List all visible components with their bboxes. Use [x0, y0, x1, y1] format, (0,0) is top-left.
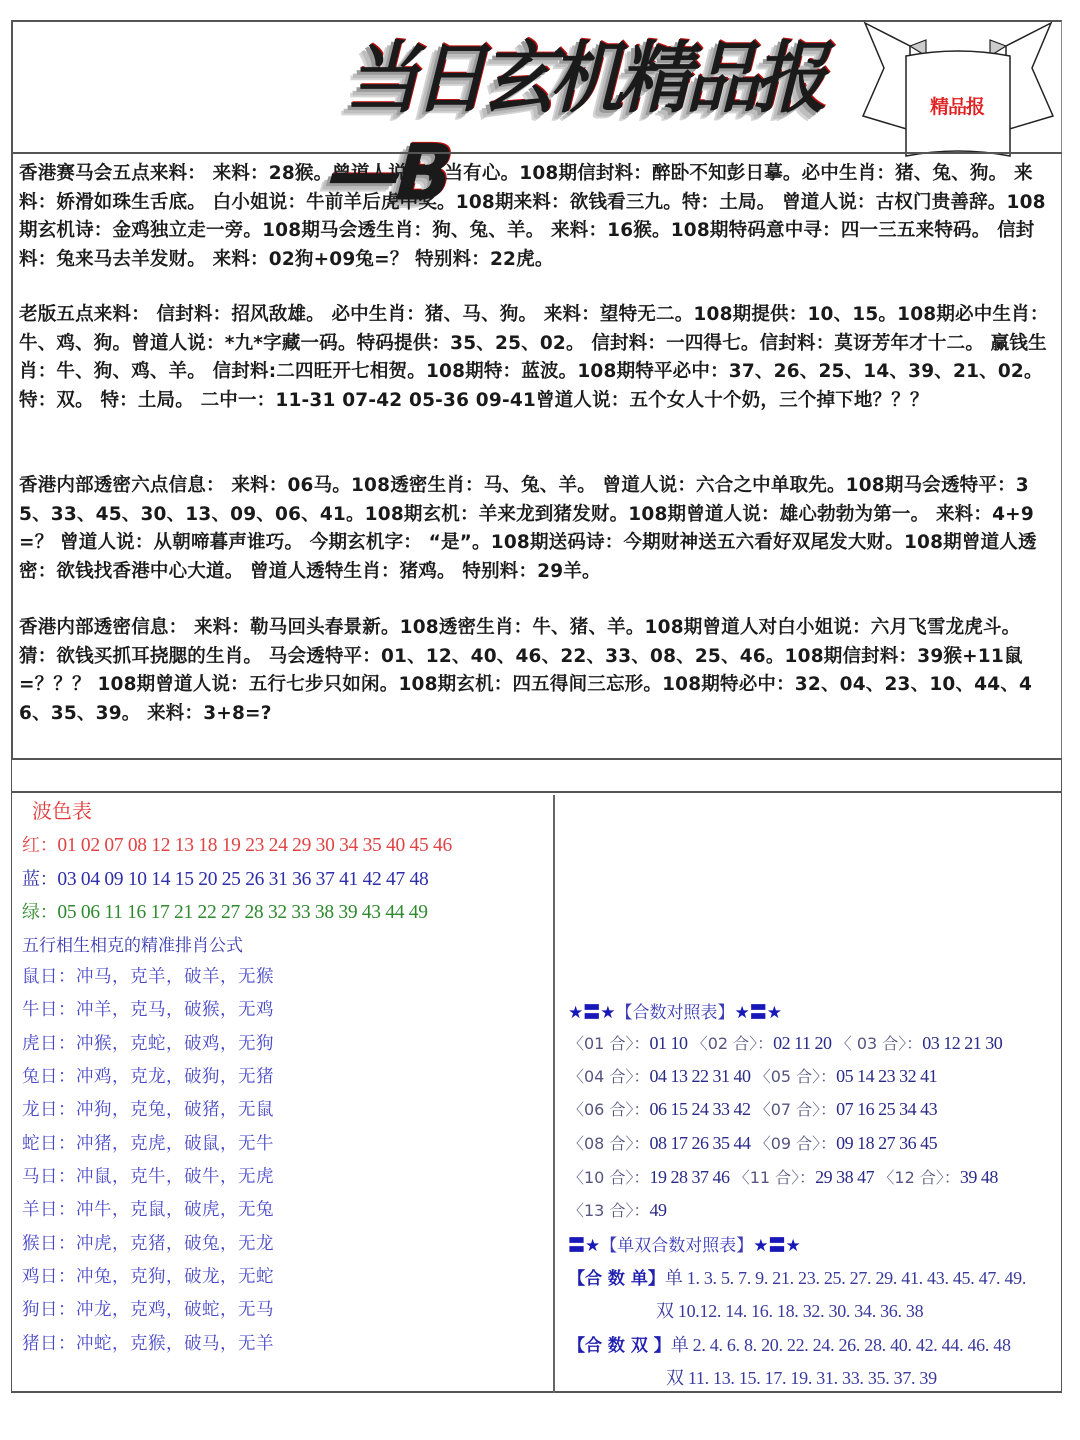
wave-numbers-red: 01 02 07 08 12 13 18 19 23 24 29 30 34 3… [57, 835, 452, 856]
he-shuang-row: 【合 数 双 】单 2. 4. 6. 8. 20. 22. 24. 26. 28… [568, 1331, 1011, 1357]
wuxing-title: 五行相生相克的精准排肖公式 [22, 931, 243, 956]
content-section: 香港赛马会五点来料： 来料：28猴。曾道人说：自当有心。108期信封料：醉卧不知… [11, 154, 1062, 758]
star-icon: ★〓★ [753, 1236, 800, 1256]
wuxing-row: 马日：冲鼠，克牛，破牛，无虎 [22, 1163, 274, 1188]
column-divider [553, 795, 555, 1393]
he-tag: 〈05 合〉： [755, 1067, 836, 1086]
wave-numbers-blue: 03 04 09 10 14 15 20 25 26 31 36 37 41 4… [57, 869, 428, 890]
ribbon-banner-icon [858, 18, 1058, 163]
he-tag: 〈11 合〉： [734, 1168, 815, 1187]
he-numbers: 06 15 24 33 42 [649, 1099, 750, 1119]
wuxing-row: 鼠日：冲马，克羊，破羊，无猴 [22, 963, 274, 988]
he-dan-row: 【合 数 单】单 1. 3. 5. 7. 9. 21. 23. 25. 27. … [568, 1264, 1026, 1290]
wuxing-row: 兔日：冲鸡，克龙，破狗，无猪 [22, 1063, 274, 1088]
wuxing-row: 虎日：冲猴，克蛇，破鸡，无狗 [22, 1030, 274, 1055]
he-numbers: 04 13 22 31 40 [649, 1066, 750, 1086]
he-tag: 〈01 合〉： [568, 1034, 649, 1053]
he-tag: 〈06 合〉： [568, 1100, 649, 1119]
he-numbers: 49 [649, 1200, 666, 1220]
he-tag: 〈12 合〉： [878, 1168, 959, 1187]
he-tag: 〈02 合〉： [692, 1034, 773, 1053]
he-dan-odd: 单 1. 3. 5. 7. 9. 21. 23. 25. 27. 29. 41.… [665, 1268, 1026, 1288]
paragraph-hk-internal-six: 香港内部透密六点信息： 来料：06马。108透密生肖：马、兔、羊。 曾道人说：六… [19, 472, 1051, 586]
wave-label-red: 红： [22, 835, 57, 856]
paragraph-old-version: 老版五点来料： 信封料：招风敌雄。 必中生肖：猪、马、狗。 来料：望特无二。10… [19, 301, 1051, 415]
he-numbers: 19 28 37 46 [649, 1167, 729, 1187]
he-tag: 〈13 合〉： [568, 1201, 649, 1220]
paragraph-hk-jockey-club: 香港赛马会五点来料： 来料：28猴。曾道人说：自当有心。108期信封料：醉卧不知… [19, 160, 1051, 274]
he-numbers: 29 38 47 [815, 1167, 874, 1187]
he-numbers: 08 17 26 35 44 [649, 1133, 750, 1153]
odd-even-table-heading: 〓★【单双合数对照表】★〓★ [568, 1231, 801, 1256]
he-table-heading: ★〓★【合数对照表】★〓★ [568, 998, 782, 1023]
he-shuang-even-row: 双 11. 13. 15. 17. 19. 31. 33. 35. 37. 39 [666, 1364, 937, 1390]
wuxing-row: 牛日：冲羊，克马，破猴，无鸡 [22, 996, 274, 1021]
he-row: 〈06 合〉：06 15 24 33 42 〈07 合〉：07 16 25 34… [568, 1097, 937, 1120]
he-tag: 〈04 合〉： [568, 1067, 649, 1086]
he-row: 〈08 合〉：08 17 26 35 44 〈09 合〉：09 18 27 36… [568, 1131, 937, 1154]
he-tag: 〈08 合〉： [568, 1134, 649, 1153]
wuxing-row: 狗日：冲龙，克鸡，破蛇，无马 [22, 1296, 274, 1321]
he-numbers: 39 48 [960, 1167, 998, 1187]
he-shuang-tag: 【合 数 双 】 [568, 1336, 671, 1356]
he-dan-even: 双 10.12. 14. 16. 18. 32. 30. 34. 36. 38 [656, 1301, 923, 1321]
he-row: 〈01 合〉：01 10 〈02 合〉：02 11 20 〈 03 合〉：03 … [568, 1031, 1002, 1054]
wave-row-blue: 蓝：03 04 09 10 14 15 20 25 26 31 36 37 41… [22, 865, 428, 891]
he-shuang-odd: 单 2. 4. 6. 8. 20. 22. 24. 26. 28. 40. 42… [671, 1335, 1011, 1355]
he-numbers: 01 10 [649, 1033, 687, 1053]
he-row: 〈10 合〉：19 28 37 46 〈11 合〉：29 38 47 〈12 合… [568, 1165, 998, 1188]
he-dan-tag: 【合 数 单】 [568, 1269, 665, 1289]
he-numbers: 02 11 20 [773, 1033, 831, 1053]
he-numbers: 07 16 25 34 43 [836, 1099, 937, 1119]
wave-numbers-green: 05 06 11 16 17 21 22 27 28 32 33 38 39 4… [57, 902, 427, 923]
wuxing-row: 猪日：冲蛇，克猴，破马，无羊 [22, 1330, 274, 1355]
wuxing-row: 猴日：冲虎，克猪，破兔，无龙 [22, 1230, 274, 1255]
wuxing-row: 蛇日：冲猪，克虎，破鼠，无牛 [22, 1130, 274, 1155]
odd-even-table-title: 【单双合数对照表】 [600, 1236, 753, 1256]
he-row: 〈13 合〉：49 [568, 1198, 666, 1221]
wave-label-green: 绿： [22, 902, 57, 923]
wuxing-row: 龙日：冲狗，克兔，破猪，无鼠 [22, 1096, 274, 1121]
wave-row-green: 绿：05 06 11 16 17 21 22 27 28 32 33 38 39… [22, 898, 428, 924]
he-tag: 〈10 合〉： [568, 1168, 649, 1187]
he-tag: 〈 03 合〉： [836, 1034, 923, 1053]
star-icon: ★〓★ [568, 1003, 615, 1023]
empty-band [11, 760, 1062, 792]
banner-label: 精品报 [927, 92, 987, 119]
wave-table-title: 波色表 [32, 795, 92, 824]
wuxing-row: 鸡日：冲兔，克狗，破龙，无蛇 [22, 1263, 274, 1288]
he-table-title: 【合数对照表】 [615, 1003, 734, 1023]
he-row: 〈04 合〉：04 13 22 31 40 〈05 合〉：05 14 23 32… [568, 1064, 937, 1087]
he-dan-even-row: 双 10.12. 14. 16. 18. 32. 30. 34. 36. 38 [656, 1297, 923, 1323]
he-tag: 〈07 合〉： [755, 1100, 836, 1119]
he-shuang-even: 双 11. 13. 15. 17. 19. 31. 33. 35. 37. 39 [666, 1368, 937, 1388]
wave-row-red: 红：01 02 07 08 12 13 18 19 23 24 29 30 34… [22, 831, 452, 857]
title-area: 当日玄机精品报—B [330, 26, 870, 126]
he-numbers: 09 18 27 36 45 [836, 1133, 937, 1153]
wuxing-row: 羊日：冲牛，克鼠，破虎，无兔 [22, 1196, 274, 1221]
wave-label-blue: 蓝： [22, 869, 57, 890]
he-numbers: 03 12 21 30 [922, 1033, 1002, 1053]
paragraph-hk-internal: 香港内部透密信息： 来料：勒马回头春景新。108透密生肖：牛、猪、羊。108期曾… [19, 614, 1051, 728]
star-icon: 〓★ [568, 1236, 600, 1256]
he-tag: 〈09 合〉： [755, 1134, 836, 1153]
star-icon: ★〓★ [734, 1003, 781, 1023]
he-numbers: 05 14 23 32 41 [836, 1066, 937, 1086]
